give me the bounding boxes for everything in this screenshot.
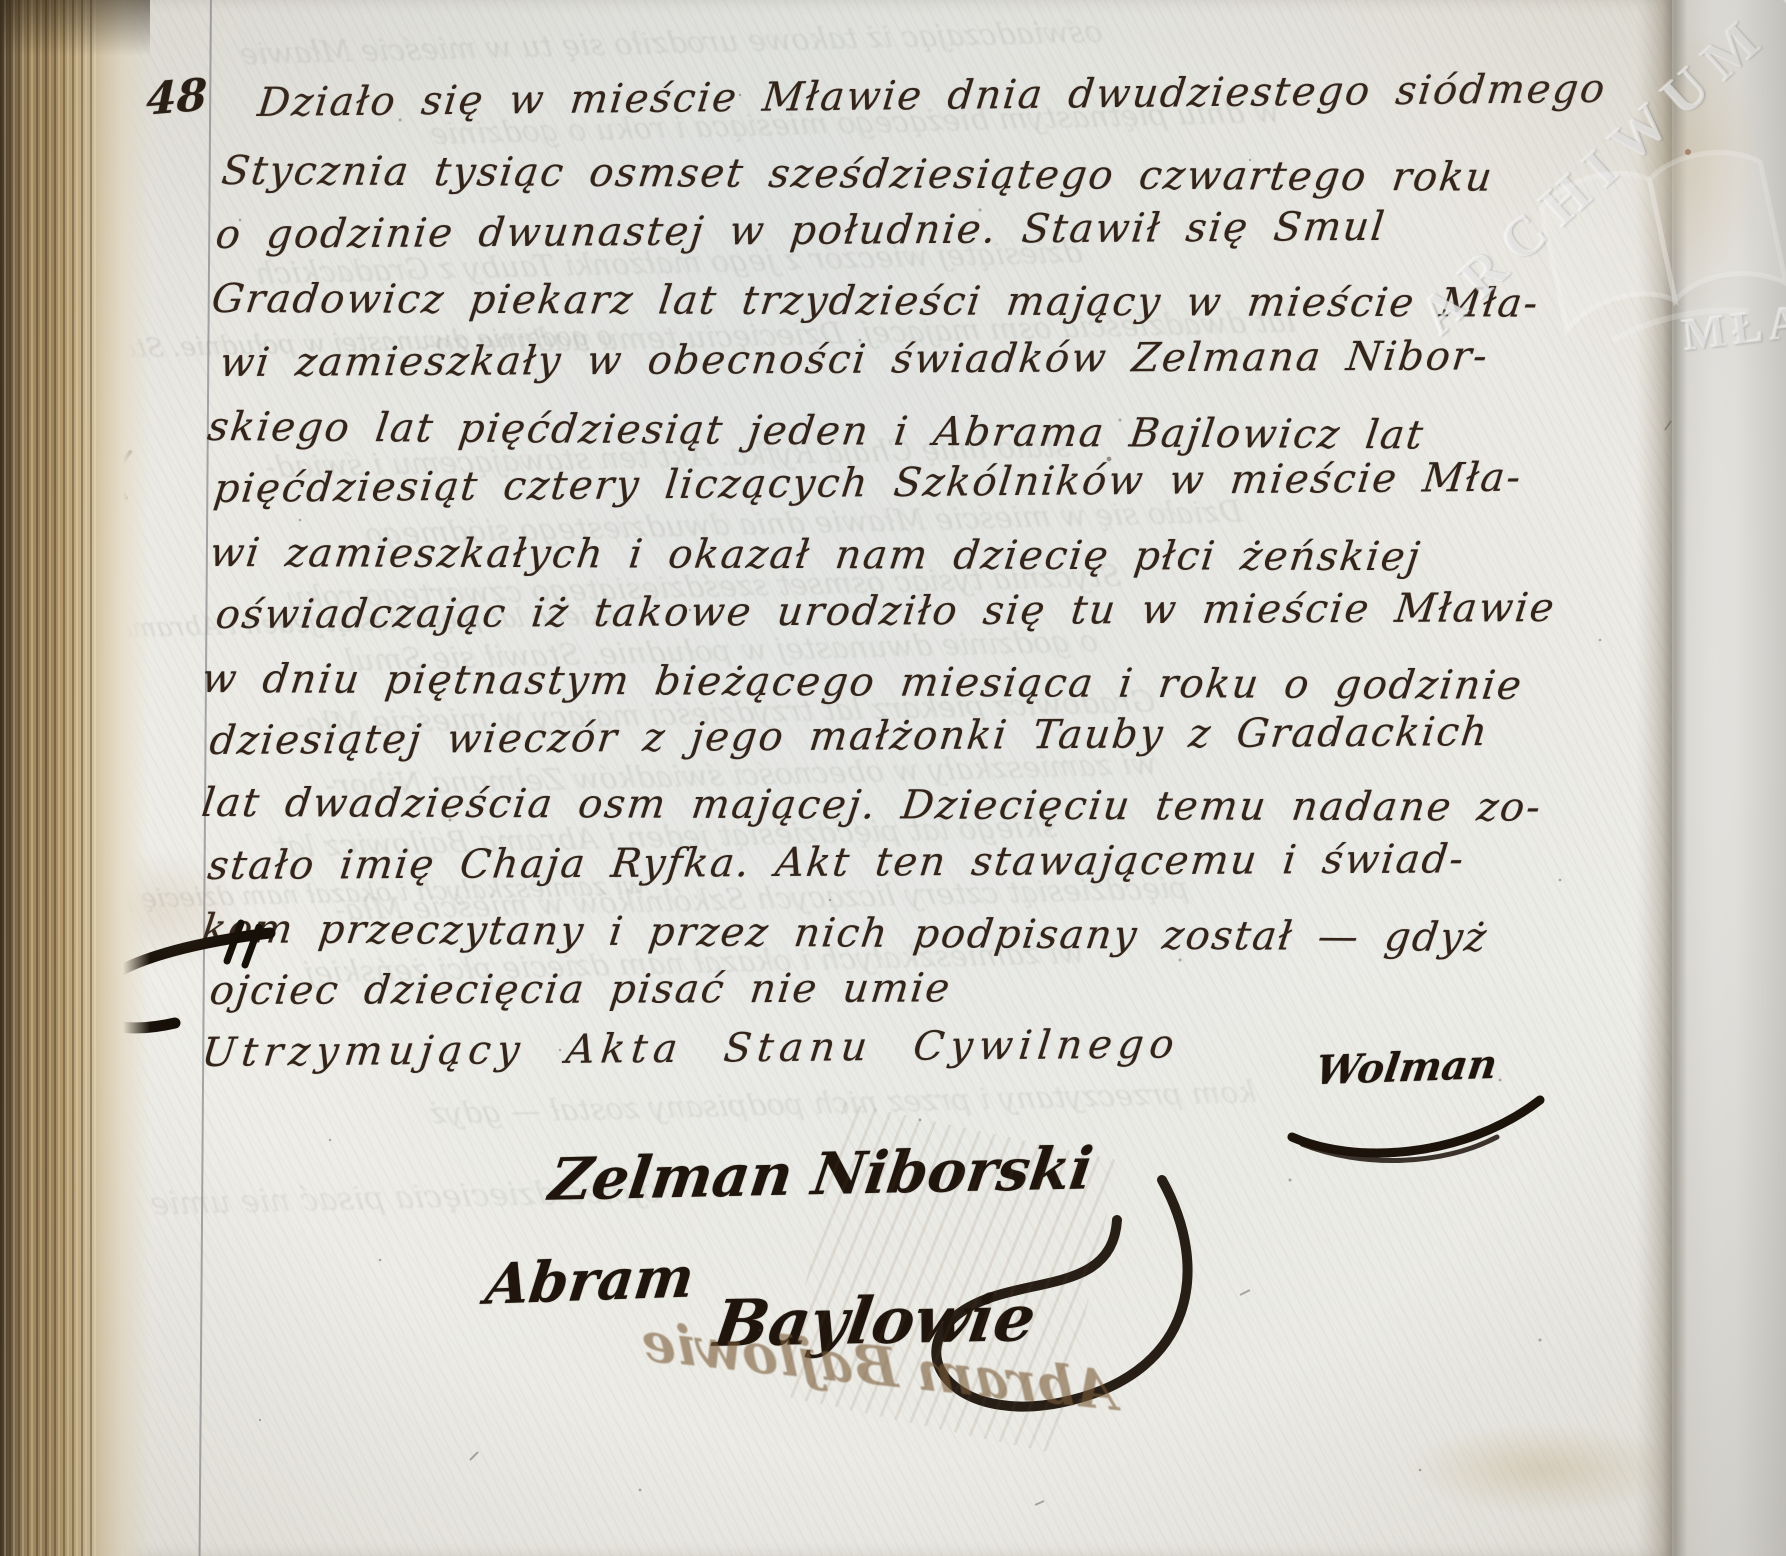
archival-document-scan: oświadczając iż takowe urodziło się tu w…	[0, 0, 1786, 1556]
dust-specks	[0, 0, 1786, 1556]
